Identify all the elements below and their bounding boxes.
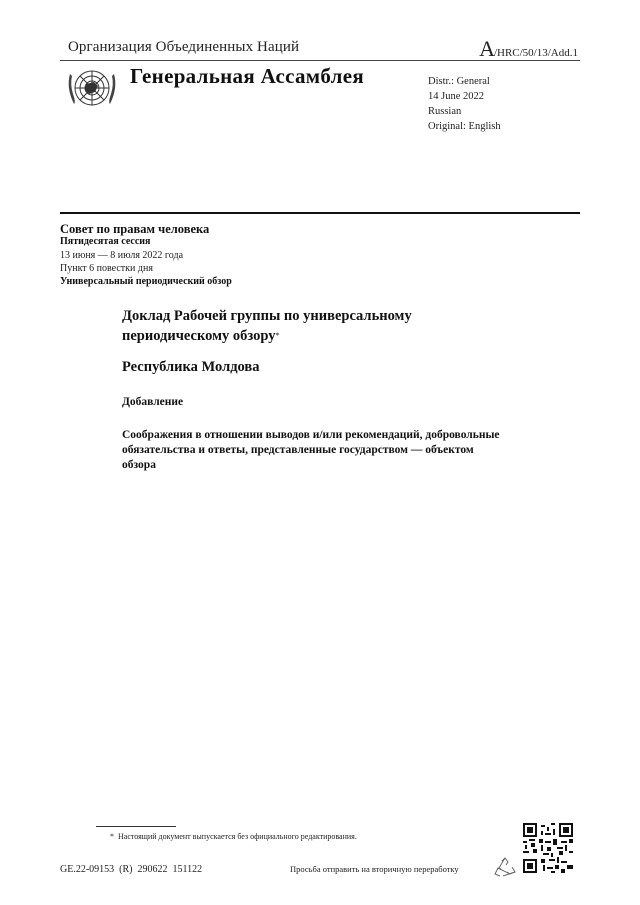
report-title-line1: Доклад Рабочей группы по универсальному [122, 307, 482, 326]
symbol-rest: /HRC/50/13/Add.1 [494, 47, 578, 59]
footnote-marker: * [275, 331, 279, 340]
addendum-heading: Добавление [122, 396, 183, 408]
symbol-prefix: A [479, 36, 494, 61]
footnote-divider [96, 826, 176, 827]
job-number: GE.22-09153 (R) 290622 151122 [60, 864, 202, 875]
organization-name: Организация Объединенных Наций [68, 39, 299, 56]
assembly-title: Генеральная Ассамблея [130, 64, 364, 89]
country-name: Республика Молдова [122, 359, 260, 376]
section-divider [60, 212, 580, 214]
header-divider [60, 60, 580, 61]
recycle-icon [494, 857, 516, 879]
un-emblem-icon [62, 64, 122, 112]
distribution-block: Distr.: General 14 June 2022 Russian Ori… [428, 74, 501, 134]
recycle-text: Просьба отправить на вторичную переработ… [290, 864, 459, 874]
footnote-text: Настоящий документ выпускается без офици… [118, 832, 357, 841]
document-date: 14 June 2022 [428, 89, 501, 104]
report-title: Доклад Рабочей группы по универсальному … [122, 307, 482, 346]
footnote: * Настоящий документ выпускается без офи… [110, 832, 357, 841]
document-language: Russian [428, 104, 501, 119]
distribution-line: Distr.: General [428, 74, 501, 89]
original-language: Original: English [428, 119, 501, 134]
report-title-line2: периодическому обзору [122, 328, 275, 344]
session-name: Пятидесятая сессия [60, 236, 150, 247]
agenda-title: Универсальный периодический обзор [60, 276, 232, 287]
qr-code-icon [523, 823, 573, 873]
session-dates: 13 июня — 8 июля 2022 года [60, 250, 183, 261]
footnote-marker: * [110, 832, 114, 841]
views-heading: Соображения в отношении выводов и/или ре… [122, 428, 502, 473]
council-name: Совет по правам человека [60, 222, 209, 237]
document-symbol: A/HRC/50/13/Add.1 [479, 36, 578, 62]
agenda-item: Пункт 6 повестки дня [60, 263, 153, 274]
